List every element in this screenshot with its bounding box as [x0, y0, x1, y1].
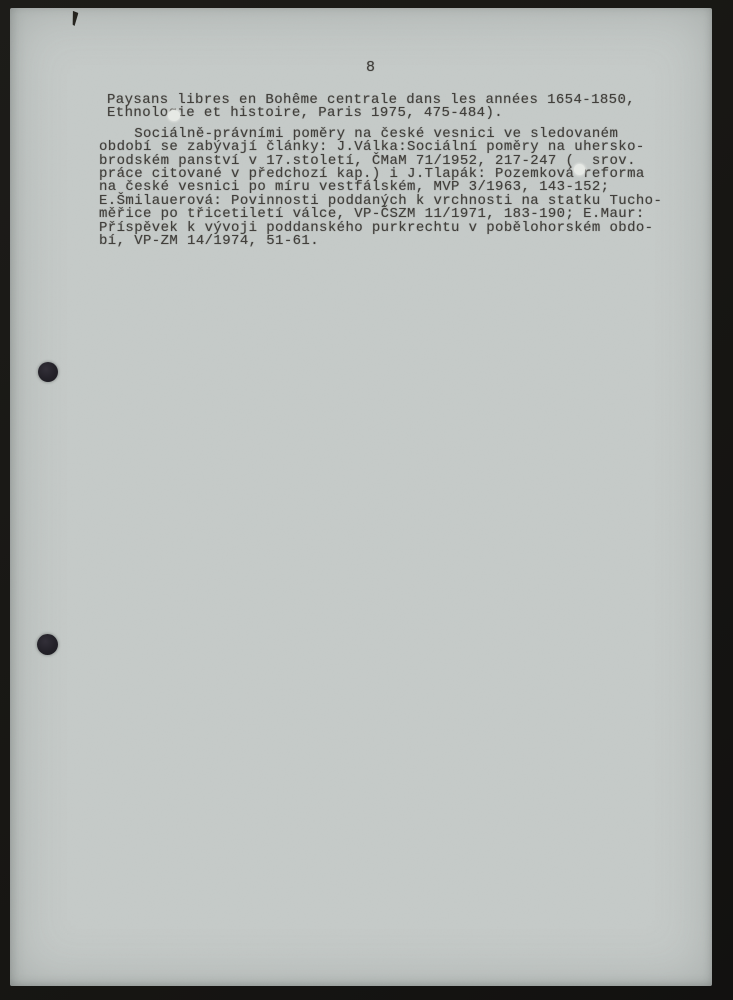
hole-punch: [37, 634, 58, 655]
text-block: Paysans libres en Bohême centrale dans l…: [99, 94, 689, 248]
paragraph-french-citation: Paysans libres en Bohême centrale dans l…: [107, 94, 689, 121]
pen-mark: [70, 11, 78, 26]
scanner-background: 8 Paysans libres en Bohême centrale dans…: [0, 0, 733, 1000]
paragraph-czech-citations: Sociálně-právními poměry na české vesnic…: [99, 128, 689, 249]
correction-spot: [574, 164, 585, 175]
text-line: Ethnologie et histoire, Paris 1975, 475-…: [107, 107, 689, 120]
page-number: 8: [366, 59, 375, 76]
document-page: 8 Paysans libres en Bohême centrale dans…: [10, 8, 712, 986]
correction-spot: [168, 110, 180, 121]
hole-punch: [38, 362, 58, 382]
text-line: bí, VP-ZM 14/1974, 51-61.: [99, 235, 689, 248]
